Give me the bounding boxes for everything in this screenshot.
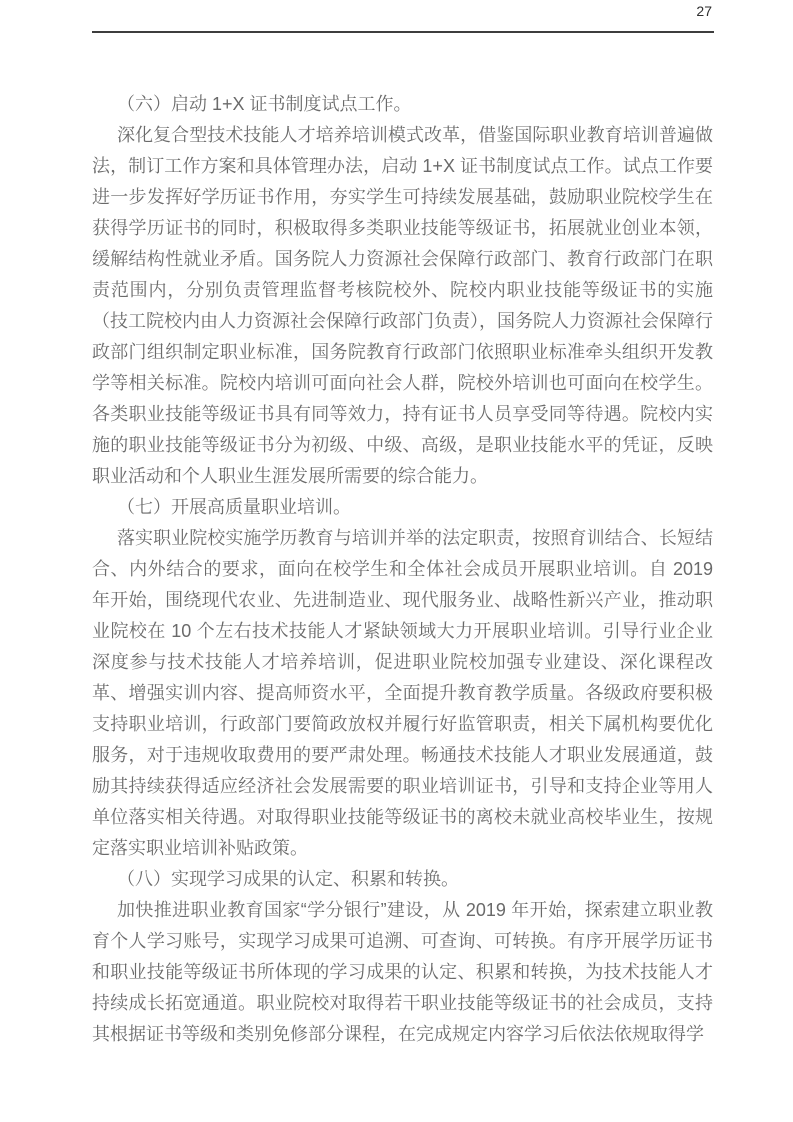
- section-6-heading: （六）启动 1+X 证书制度试点工作。: [92, 89, 713, 120]
- document-page: 27 （六）启动 1+X 证书制度试点工作。 深化复合型技术技能人才培养培训模式…: [0, 0, 793, 1122]
- page-number: 27: [696, 2, 712, 20]
- section-6-paragraph: 深化复合型技术技能人才培养培训模式改革，借鉴国际职业教育培训普遍做法，制订工作方…: [92, 120, 713, 492]
- header-rule: [92, 31, 714, 33]
- section-7-heading: （七）开展高质量职业培训。: [92, 492, 713, 523]
- section-8-heading: （八）实现学习成果的认定、积累和转换。: [92, 864, 713, 895]
- section-8-paragraph: 加快推进职业教育国家“学分银行”建设，从 2019 年开始，探索建立职业教育个人…: [92, 895, 713, 1050]
- section-7-paragraph: 落实职业院校实施学历教育与培训并举的法定职责，按照育训结合、长短结合、内外结合的…: [92, 523, 713, 864]
- document-body: （六）启动 1+X 证书制度试点工作。 深化复合型技术技能人才培养培训模式改革，…: [92, 89, 713, 1050]
